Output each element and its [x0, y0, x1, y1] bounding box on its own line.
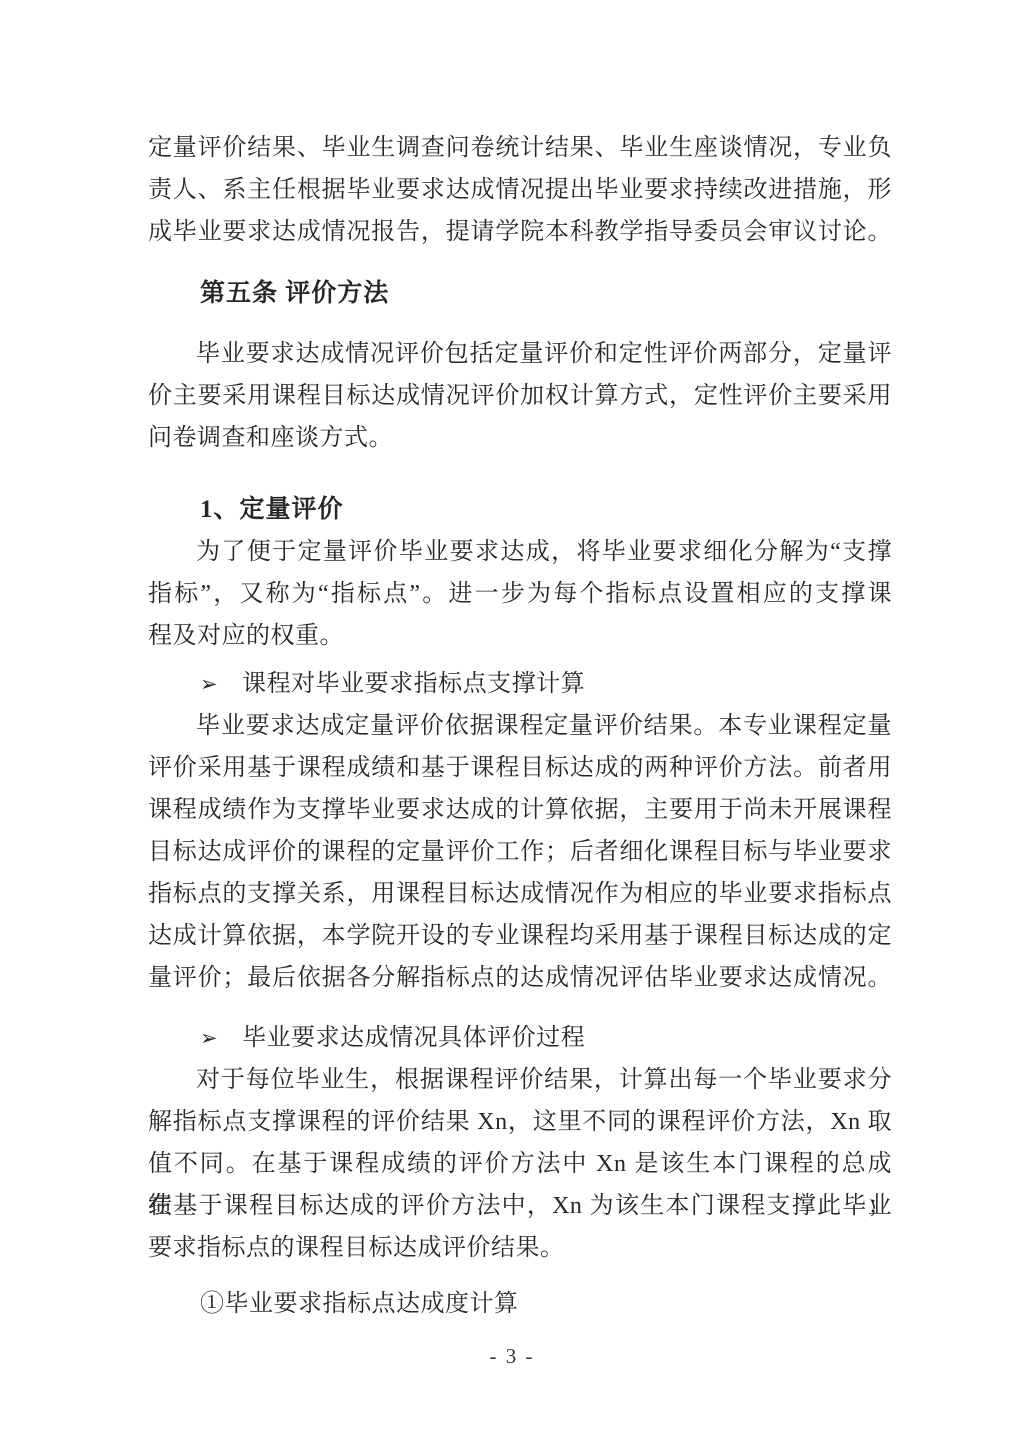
paragraph-line: 量评价；最后依据各分解指标点的达成情况评估毕业要求达成情况。 [148, 957, 892, 999]
page-number: - 3 - [0, 1344, 1024, 1369]
document-body: 定量评价结果、毕业生调查问卷统计结果、毕业生座谈情况，专业负 责人、系主任根据毕… [148, 0, 892, 1325]
heading-article-5: 第五条 评价方法 [200, 273, 892, 315]
paragraph-line: 对于每位毕业生，根据课程评价结果，计算出每一个毕业要求分 [148, 1059, 892, 1101]
paragraph-line: 为了便于定量评价毕业要求达成，将毕业要求细化分解为“支撑 [148, 531, 892, 573]
paragraph-line: 解指标点支撑课程的评价结果 Xn，这里不同的课程评价方法，Xn 取 [148, 1101, 892, 1143]
paragraph-line: 毕业要求达成情况评价包括定量评价和定性评价两部分，定量评 [148, 333, 892, 375]
paragraph-line: 价主要采用课程目标达成情况评价加权计算方式，定性评价主要采用 [148, 375, 892, 417]
paragraph-line: 问卷调查和座谈方式。 [148, 417, 892, 459]
document-page: 定量评价结果、毕业生调查问卷统计结果、毕业生座谈情况，专业负 责人、系主任根据毕… [0, 0, 1024, 1448]
paragraph-line: 评价采用基于课程成绩和基于课程目标达成的两种评价方法。前者用 [148, 747, 892, 789]
paragraph-line: 责人、系主任根据毕业要求达成情况提出毕业要求持续改进措施，形 [148, 169, 892, 211]
paragraph-line: 目标达成评价的课程的定量评价工作；后者细化课程目标与毕业要求 [148, 831, 892, 873]
paragraph-course-support-calculation: 毕业要求达成定量评价依据课程定量评价结果。本专业课程定量 评价采用基于课程成绩和… [148, 705, 892, 999]
paragraph-evaluation-methods: 毕业要求达成情况评价包括定量评价和定性评价两部分，定量评 价主要采用课程目标达成… [148, 333, 892, 459]
paragraph-line: 指标点的支撑关系，用课程目标达成情况作为相应的毕业要求指标点 [148, 873, 892, 915]
numbered-item-achievement-calculation: ①毕业要求指标点达成度计算 [200, 1283, 892, 1325]
paragraph-line: 程及对应的权重。 [148, 615, 892, 657]
paragraph-line: 定量评价结果、毕业生调查问卷统计结果、毕业生座谈情况，专业负 [148, 127, 892, 169]
paragraph-line: 课程成绩作为支撑毕业要求达成的计算依据，主要用于尚未开展课程 [148, 789, 892, 831]
bullet-item-label: 毕业要求达成情况具体评价过程 [242, 1017, 585, 1059]
paragraph-line: 成毕业要求达成情况报告，提请学院本科教学指导委员会审议讨论。 [148, 211, 892, 253]
paragraph-line: 要求指标点的课程目标达成评价结果。 [148, 1227, 892, 1269]
paragraph-line: 达成计算依据，本学院开设的专业课程均采用基于课程目标达成的定 [148, 915, 892, 957]
paragraph-line: 在基于课程目标达成的评价方法中，Xn 为该生本门课程支撑此毕业 [148, 1185, 892, 1227]
paragraph-evaluation-process-detail: 对于每位毕业生，根据课程评价结果，计算出每一个毕业要求分 解指标点支撑课程的评价… [148, 1059, 892, 1269]
bullet-item-evaluation-process: ➢ 毕业要求达成情况具体评价过程 [200, 1017, 892, 1059]
paragraph-line: 指标”，又称为“指标点”。进一步为每个指标点设置相应的支撑课 [148, 573, 892, 615]
bullet-item-course-support: ➢ 课程对毕业要求指标点支撑计算 [200, 663, 892, 705]
arrow-bullet-icon: ➢ [200, 1017, 218, 1059]
paragraph-continuation: 定量评价结果、毕业生调查问卷统计结果、毕业生座谈情况，专业负 责人、系主任根据毕… [148, 127, 892, 253]
paragraph-quantitative-intro: 为了便于定量评价毕业要求达成，将毕业要求细化分解为“支撑 指标”，又称为“指标点… [148, 531, 892, 657]
heading-quantitative-evaluation: 1、定量评价 [200, 489, 892, 531]
paragraph-line: 毕业要求达成定量评价依据课程定量评价结果。本专业课程定量 [148, 705, 892, 747]
paragraph-line: 值不同。在基于课程成绩的评价方法中 Xn 是该生本门课程的总成绩； [148, 1143, 892, 1185]
arrow-bullet-icon: ➢ [200, 663, 218, 705]
bullet-item-label: 课程对毕业要求指标点支撑计算 [242, 663, 585, 705]
